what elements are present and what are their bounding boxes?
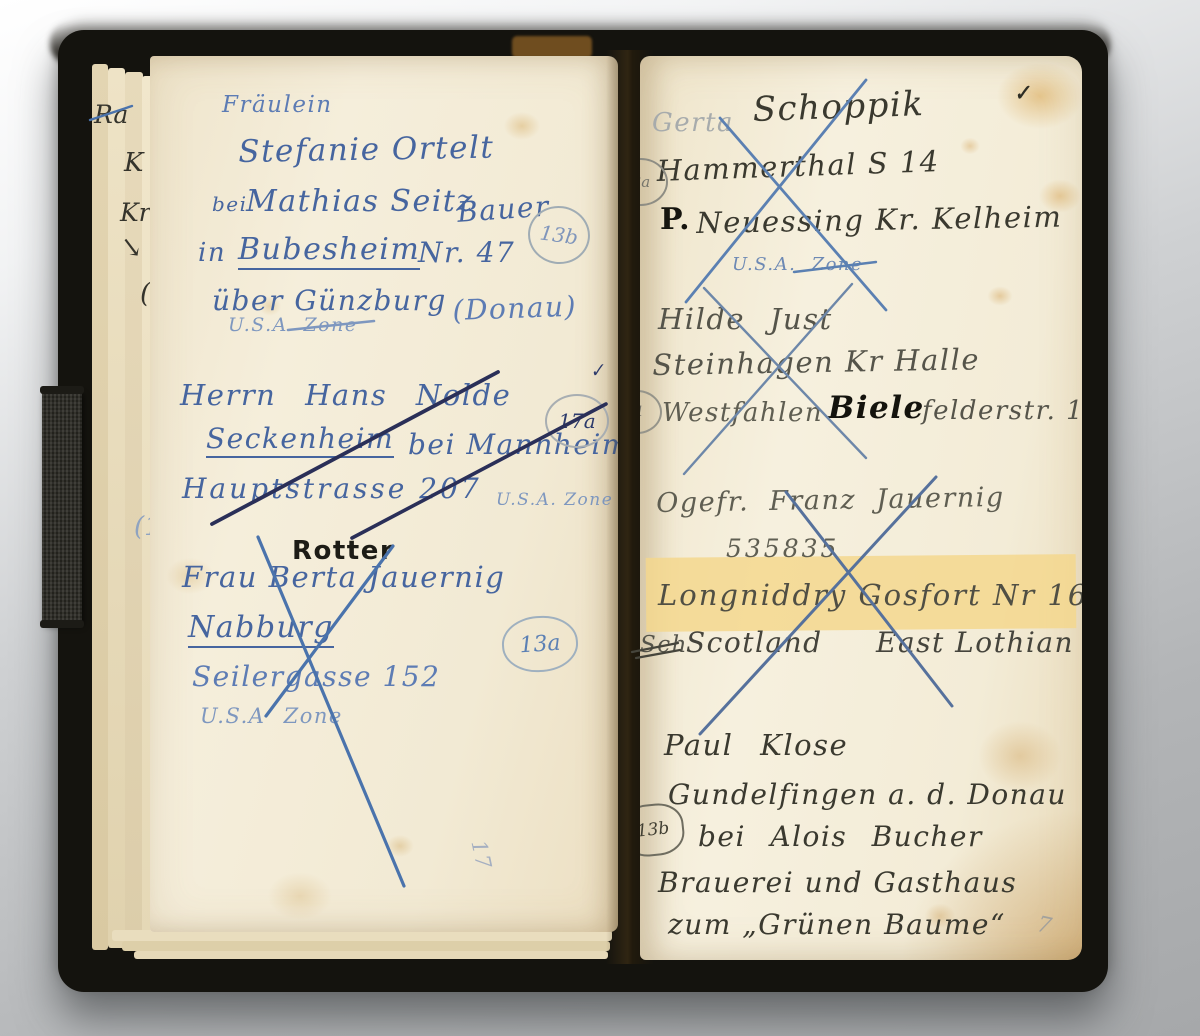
address-line: Hauptstrasse 207 — [182, 472, 482, 505]
address-line: Gundelfingen a. d. Donau — [668, 778, 1067, 811]
address-line: Neuessing Kr. Kelheim — [696, 200, 1063, 240]
name-line: Herrn Hans Nolde — [180, 378, 511, 412]
circled-number-13a: 13a — [500, 613, 580, 674]
address-line: (Donau) — [452, 290, 577, 327]
name-line: Ogefr. Franz Jauernig — [656, 482, 1005, 519]
service-number: 535835 — [726, 534, 839, 563]
address-line-underlined: Nabburg — [188, 610, 334, 648]
address-line: Mathias Seitz — [246, 184, 474, 219]
zone-line: U.S.A Zone — [200, 704, 343, 728]
name-line: Paul Klose — [664, 728, 848, 762]
name-line: Hilde Just — [658, 302, 833, 336]
address-line: Seilergasse 152 — [192, 660, 440, 693]
address-line: Scotland — [686, 626, 823, 659]
zone-line: U.S.A Zone — [228, 314, 358, 336]
address-line-underlined: Bubesheim — [238, 232, 420, 270]
page-edge-strip — [134, 951, 608, 959]
name-line: Stefanie Ortelt — [238, 130, 495, 170]
address-line: Nr. 47 — [418, 236, 515, 269]
circled-number-17a: 17a — [545, 394, 609, 448]
page-edge-strip — [122, 941, 610, 951]
salutation-line: Fräulein — [222, 92, 333, 118]
zone-line: U.S.A. Zone — [732, 254, 863, 275]
struck-word: Sch — [640, 632, 688, 658]
address-line: Brauerei und Gasthaus — [658, 866, 1017, 899]
address-line: East Lothian — [876, 626, 1074, 659]
address-line: Hammerthal S 14 — [656, 144, 940, 188]
zone-line: U.S.A. Zone — [496, 490, 613, 510]
name-line-faded: Gerta — [652, 108, 734, 138]
circled-number-1: (1 — [640, 390, 662, 434]
spine-tear — [512, 36, 592, 58]
address-line: Steinhagen Kr Halle — [652, 342, 980, 382]
name-line: Schoppik — [752, 84, 925, 130]
bold-initial: P. — [660, 202, 691, 237]
right-page: Gerta Schoppik Hammerthal S 14 P. Neuess… — [640, 56, 1082, 960]
scanned-notebook-photo: Ra K B Kr U ↘ (1 (1 Fräulein Stefanie Or… — [0, 0, 1200, 1036]
page-edge-fragment: K — [124, 148, 143, 178]
address-line: bei Alois Bucher — [698, 820, 983, 853]
left-page: Fräulein Stefanie Ortelt bei Mathias Sei… — [150, 56, 618, 932]
checkmark-icon: ✓ — [588, 359, 608, 383]
address-line: über Günzburg — [212, 284, 447, 317]
address-line-highlighted: Longniddry Gosfort Nr 16 — [658, 578, 1082, 612]
page-edge-fragment: Kr — [120, 198, 151, 227]
address-line: in — [198, 238, 226, 268]
address-line-underlined: Seckenheim — [206, 422, 394, 458]
elastic-strap — [42, 390, 82, 624]
page-edge-strip — [92, 64, 108, 950]
corner-pencil-note: 17 — [467, 838, 497, 872]
checkmark-icon: ✓ — [1012, 79, 1033, 105]
pen-arrow-mark: ↘ — [118, 231, 145, 265]
address-line: zum „Grünen Baume“ — [668, 908, 1006, 941]
address-line: Westfahlen — [662, 398, 823, 428]
address-line: felderstr. 197 — [922, 396, 1082, 426]
name-line: Frau Berta Jauernig — [182, 560, 505, 594]
page-edge-fragment: Ra — [94, 100, 128, 129]
address-line: bei — [212, 192, 248, 216]
bold-overwrite: Biele — [828, 390, 925, 426]
corner-pencil-note: 7 — [1035, 912, 1055, 940]
